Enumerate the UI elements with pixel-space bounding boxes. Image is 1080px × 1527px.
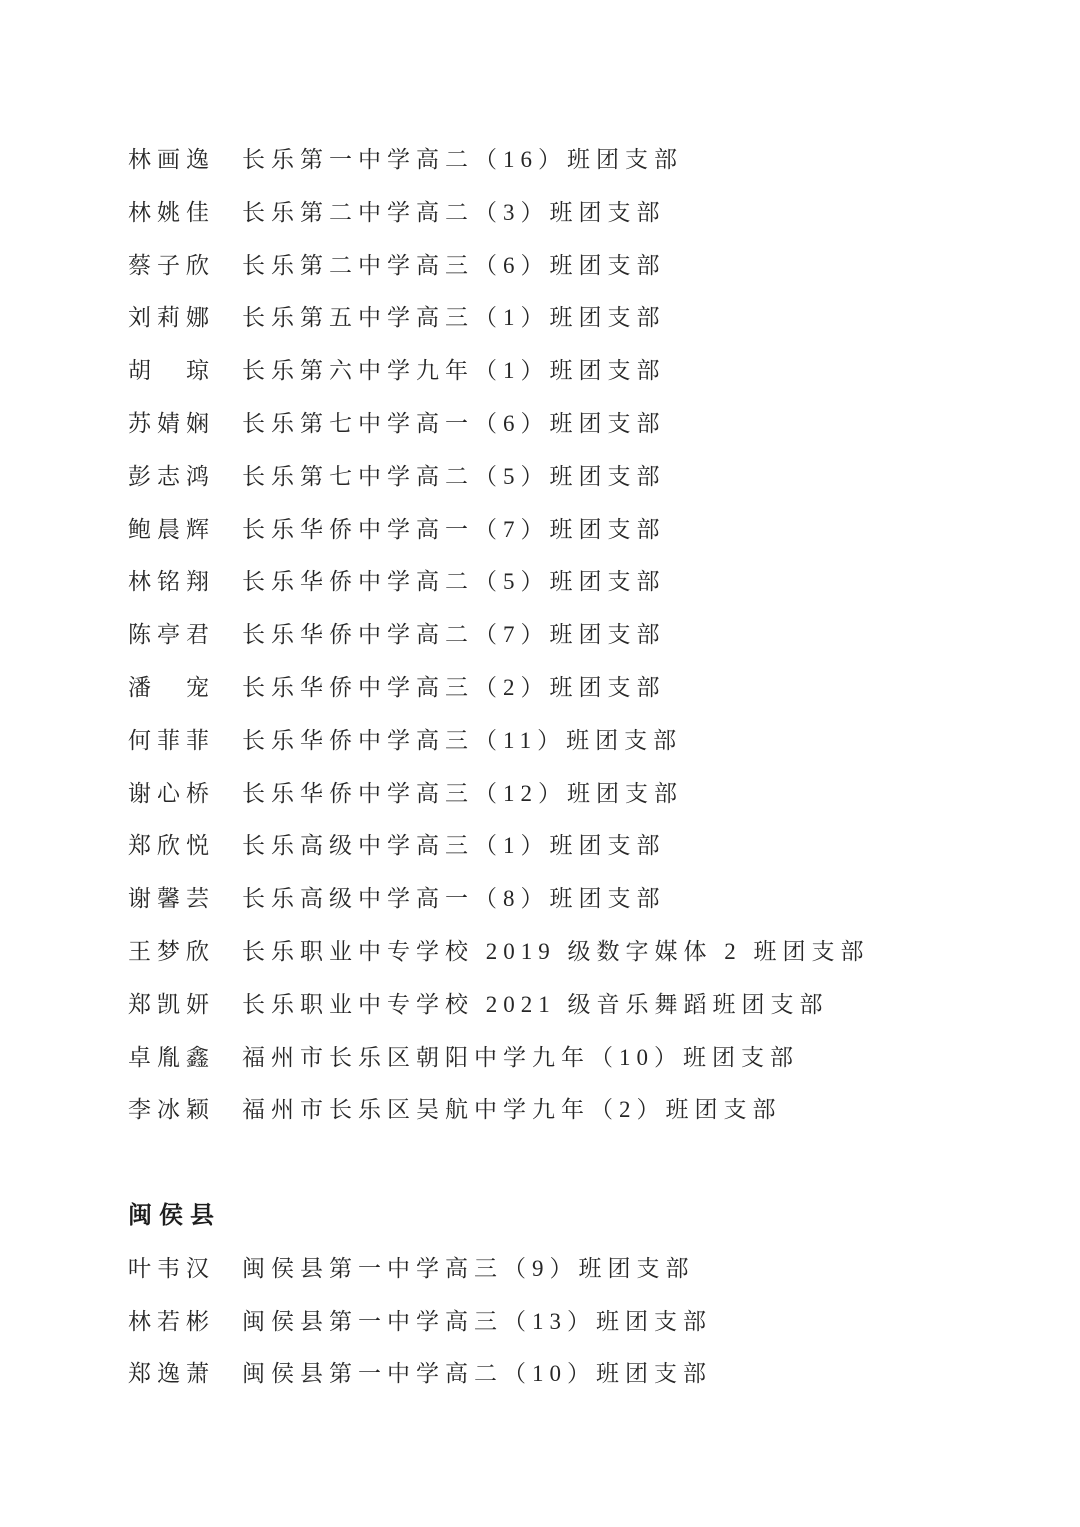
member-name: 林铭翔	[128, 556, 216, 609]
document-page: 林画逸长乐第一中学高二（16）班团支部林姚佳长乐第二中学高二（3）班团支部蔡子欣…	[0, 0, 1080, 1527]
roster-row: 卓胤鑫福州市长乐区朝阳中学九年（10）班团支部	[128, 1032, 1020, 1085]
roster-row: 郑欣悦长乐高级中学高三（1）班团支部	[128, 820, 1020, 873]
member-name: 郑逸萧	[128, 1348, 216, 1401]
roster-row: 叶韦汉闽侯县第一中学高三（9）班团支部	[128, 1243, 1020, 1296]
roster-row: 胡 琼长乐第六中学九年（1）班团支部	[128, 345, 1020, 398]
branch-name: 长乐第五中学高三（1）班团支部	[242, 292, 666, 345]
roster-row: 鲍晨辉长乐华侨中学高一（7）班团支部	[128, 504, 1020, 557]
roster-row: 林若彬闽侯县第一中学高三（13）班团支部	[128, 1296, 1020, 1349]
member-name: 郑凯妍	[128, 979, 216, 1032]
branch-name: 长乐华侨中学高三（12）班团支部	[242, 768, 683, 821]
branch-name: 长乐职业中专学校 2019 级数字媒体 2 班团支部	[242, 926, 870, 979]
member-name: 王梦欣	[128, 926, 216, 979]
roster-row: 刘莉娜长乐第五中学高三（1）班团支部	[128, 292, 1020, 345]
member-name: 谢馨芸	[128, 873, 216, 926]
roster-row: 苏婧娴长乐第七中学高一（6）班团支部	[128, 398, 1020, 451]
roster-row: 何菲菲长乐华侨中学高三（11）班团支部	[128, 715, 1020, 768]
member-name: 林姚佳	[128, 187, 216, 240]
section-heading: 闽侯县	[128, 1190, 1020, 1243]
roster-row: 蔡子欣长乐第二中学高三（6）班团支部	[128, 240, 1020, 293]
member-name: 苏婧娴	[128, 398, 216, 451]
branch-name: 长乐第二中学高三（6）班团支部	[242, 240, 666, 293]
member-name: 李冰颖	[128, 1084, 216, 1137]
branch-name: 长乐第七中学高一（6）班团支部	[242, 398, 666, 451]
branch-name: 长乐第七中学高二（5）班团支部	[242, 451, 666, 504]
branch-name: 长乐华侨中学高二（7）班团支部	[242, 609, 666, 662]
roster-row: 陈亭君长乐华侨中学高二（7）班团支部	[128, 609, 1020, 662]
branch-name: 长乐华侨中学高二（5）班团支部	[242, 556, 666, 609]
branch-name: 闽侯县第一中学高三（9）班团支部	[242, 1243, 695, 1296]
branch-name: 长乐第一中学高二（16）班团支部	[242, 134, 683, 187]
branch-name: 福州市长乐区朝阳中学九年（10）班团支部	[242, 1032, 799, 1085]
branch-name: 福州市长乐区吴航中学九年（2）班团支部	[242, 1084, 782, 1137]
branch-name: 闽侯县第一中学高三（13）班团支部	[242, 1296, 712, 1349]
roster-row: 彭志鸿长乐第七中学高二（5）班团支部	[128, 451, 1020, 504]
member-name: 蔡子欣	[128, 240, 216, 293]
roster-row: 林铭翔长乐华侨中学高二（5）班团支部	[128, 556, 1020, 609]
member-name: 何菲菲	[128, 715, 216, 768]
member-name: 谢心桥	[128, 768, 216, 821]
roster-row: 郑逸萧闽侯县第一中学高二（10）班团支部	[128, 1348, 1020, 1401]
branch-name: 长乐华侨中学高三（2）班团支部	[242, 662, 666, 715]
branch-name: 长乐高级中学高一（8）班团支部	[242, 873, 666, 926]
branch-name: 长乐高级中学高三（1）班团支部	[242, 820, 666, 873]
roster-row: 林画逸长乐第一中学高二（16）班团支部	[128, 134, 1020, 187]
branch-name: 长乐华侨中学高三（11）班团支部	[242, 715, 682, 768]
member-name: 陈亭君	[128, 609, 216, 662]
roster-row: 林姚佳长乐第二中学高二（3）班团支部	[128, 187, 1020, 240]
roster-row: 李冰颖福州市长乐区吴航中学九年（2）班团支部	[128, 1084, 1020, 1137]
member-name: 刘莉娜	[128, 292, 216, 345]
member-name: 彭志鸿	[128, 451, 216, 504]
member-name: 叶韦汉	[128, 1243, 216, 1296]
member-name: 胡 琼	[128, 345, 216, 398]
member-name: 卓胤鑫	[128, 1032, 216, 1085]
roster-list: 林画逸长乐第一中学高二（16）班团支部林姚佳长乐第二中学高二（3）班团支部蔡子欣…	[0, 0, 1080, 1401]
branch-name: 长乐第二中学高二（3）班团支部	[242, 187, 666, 240]
roster-row: 王梦欣长乐职业中专学校 2019 级数字媒体 2 班团支部	[128, 926, 1020, 979]
branch-name: 长乐第六中学九年（1）班团支部	[242, 345, 666, 398]
branch-name: 长乐华侨中学高一（7）班团支部	[242, 504, 666, 557]
roster-row: 谢馨芸长乐高级中学高一（8）班团支部	[128, 873, 1020, 926]
roster-row: 谢心桥长乐华侨中学高三（12）班团支部	[128, 768, 1020, 821]
member-name: 鲍晨辉	[128, 504, 216, 557]
member-name: 潘 宠	[128, 662, 216, 715]
section-spacer	[128, 1137, 1020, 1190]
member-name: 林画逸	[128, 134, 216, 187]
member-name: 林若彬	[128, 1296, 216, 1349]
branch-name: 长乐职业中专学校 2021 级音乐舞蹈班团支部	[242, 979, 829, 1032]
roster-row: 潘 宠长乐华侨中学高三（2）班团支部	[128, 662, 1020, 715]
member-name: 郑欣悦	[128, 820, 216, 873]
roster-row: 郑凯妍长乐职业中专学校 2021 级音乐舞蹈班团支部	[128, 979, 1020, 1032]
branch-name: 闽侯县第一中学高二（10）班团支部	[242, 1348, 712, 1401]
